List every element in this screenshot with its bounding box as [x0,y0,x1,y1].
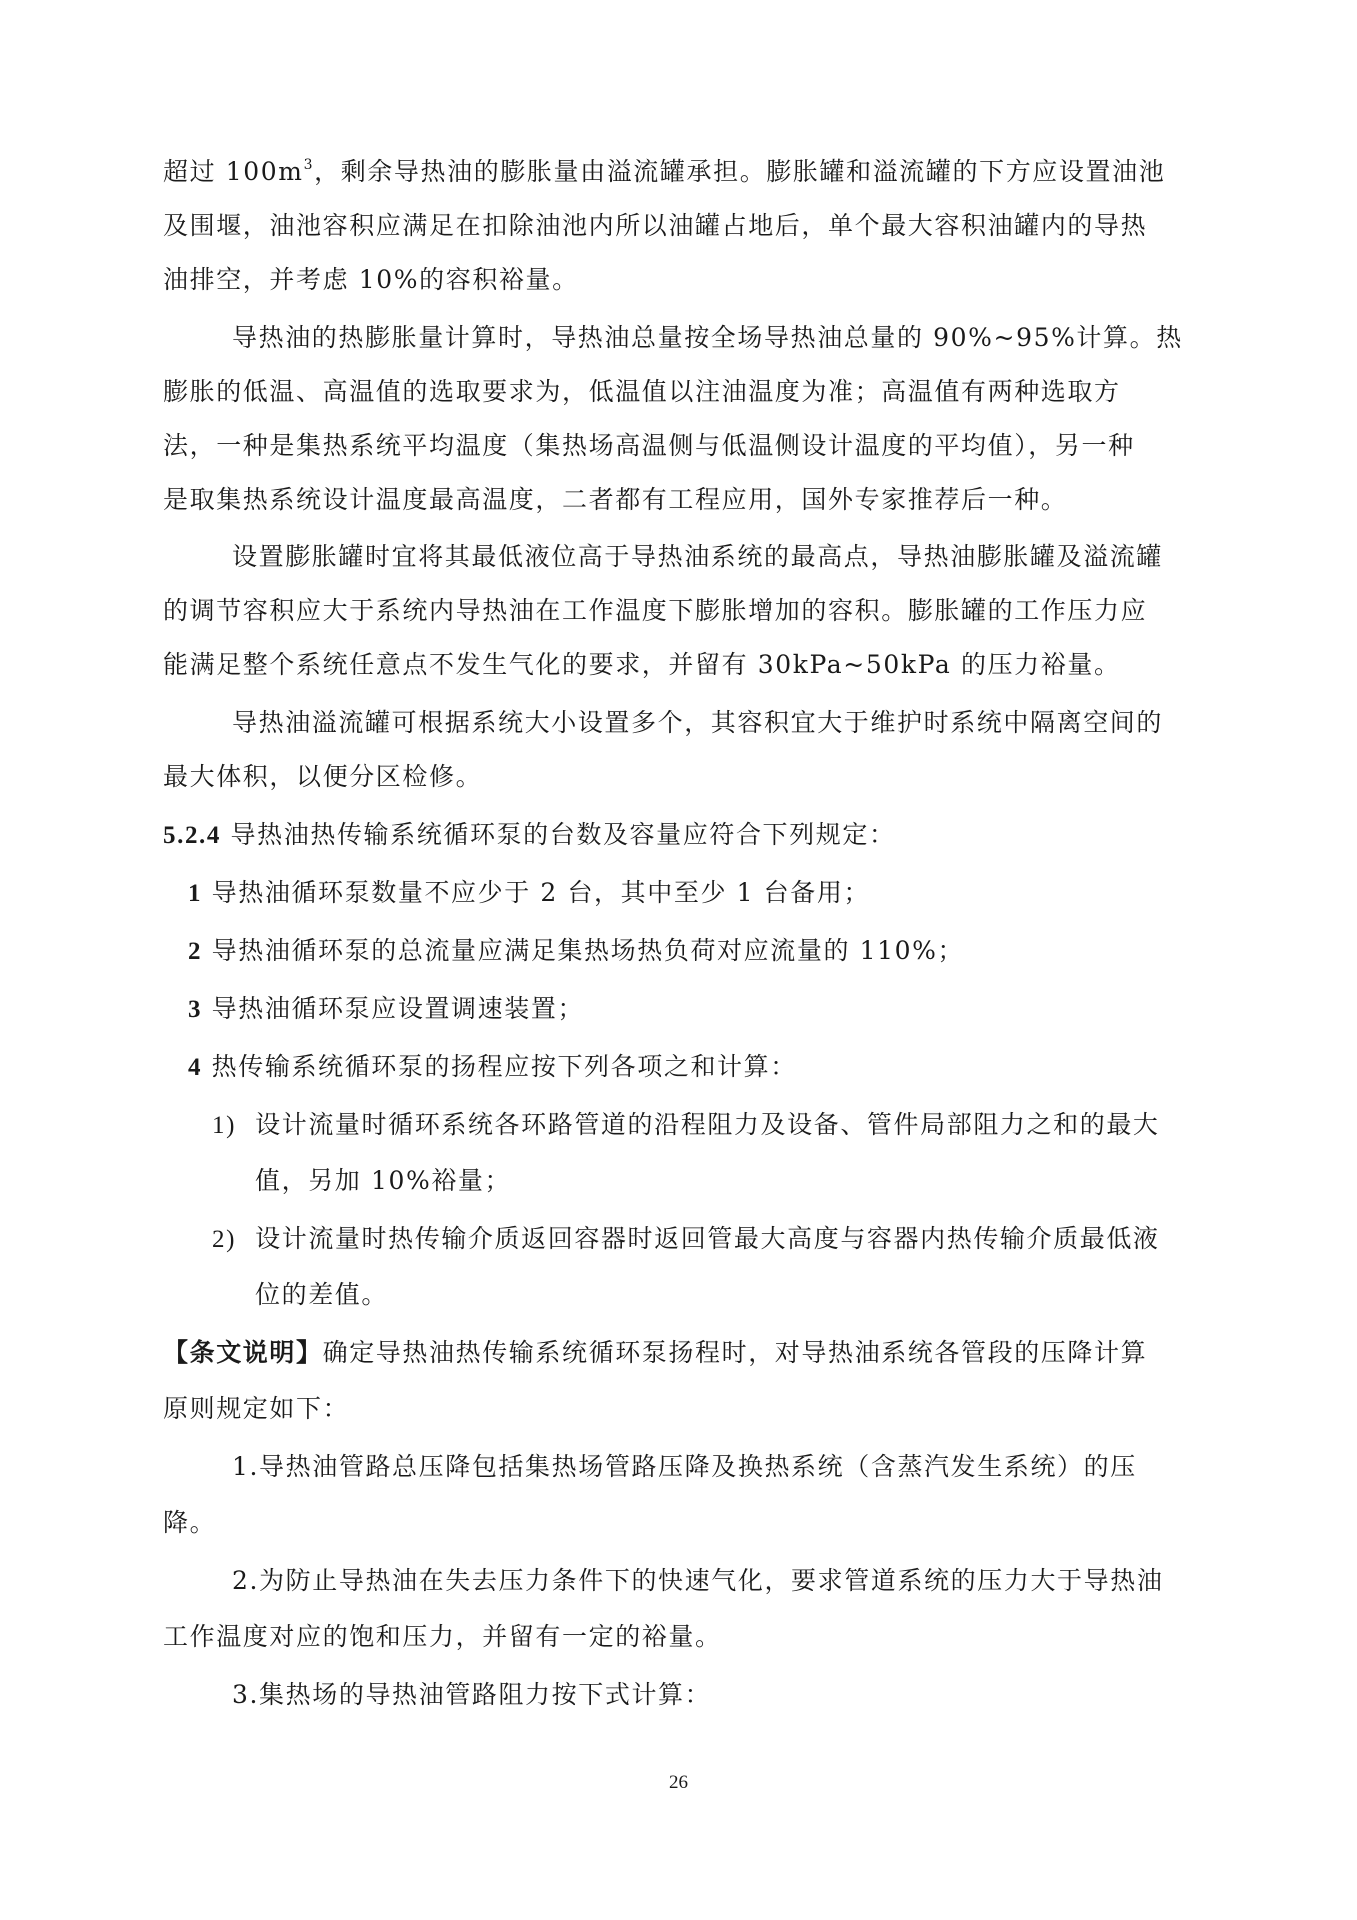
explanation-point-3-line-1: 3.集热场的导热油管路阻力按下式计算： [232,1679,1262,1711]
text-run: 超过 100m [163,157,304,186]
clause-number: 5.2.4 [163,822,221,849]
subitem-2-line-1: 2) 设计流量时热传输介质返回容器时返回管最大高度与容器内热传输介质最低液 [212,1223,1242,1256]
clause-item-4: 4 热传输系统循环泵的扬程应按下列各项之和计算： [188,1051,1218,1084]
paragraph-3-line-1: 设置膨胀罐时宜将其最低液位高于导热油系统的最高点，导热油膨胀罐及溢流罐 [232,541,1262,573]
subitem-2-line-2: 位的差值。 [255,1279,1285,1311]
paragraph-4-line-1: 导热油溢流罐可根据系统大小设置多个，其容积宜大于维护时系统中隔离空间的 [232,707,1262,739]
item-number: 1 [188,880,202,907]
paragraph-4-line-2: 最大体积，以便分区检修。 [163,761,1193,793]
subitem-text: 设计流量时热传输介质返回容器时返回管最大高度与容器内热传输介质最低液 [255,1224,1159,1253]
explanation-label: 【条文说明】 [163,1340,323,1367]
explanation-line-2: 原则规定如下： [163,1393,1193,1425]
subitem-text: 设计流量时循环系统各环路管道的沿程阻力及设备、管件局部阻力之和的最大 [255,1110,1159,1139]
item-text: 热传输系统循环泵的扬程应按下列各项之和计算： [212,1052,797,1081]
item-number: 4 [188,1054,202,1081]
subitem-number: 2) [212,1226,236,1253]
superscript: 3 [304,157,315,173]
subitem-1-line-2: 值，另加 10%裕量； [255,1165,1285,1197]
explanation-point-2-line-1: 2.为防止导热油在失去压力条件下的快速气化，要求管道系统的压力大于导热油 [232,1565,1262,1597]
paragraph-3-line-3: 能满足整个系统任意点不发生气化的要求，并留有 30kPa~50kPa 的压力裕量… [163,649,1193,681]
subitem-number: 1) [212,1112,236,1139]
paragraph-2-line-2: 膨胀的低温、高温值的选取要求为，低温值以注油温度为准；高温值有两种选取方 [163,376,1193,408]
clause-item-2: 2 导热油循环泵的总流量应满足集热场热负荷对应流量的 110%； [188,935,1218,968]
subitem-1-line-1: 1) 设计流量时循环系统各环路管道的沿程阻力及设备、管件局部阻力之和的最大 [212,1109,1242,1142]
explanation-line-1: 【条文说明】确定导热油热传输系统循环泵扬程时，对导热油系统各管段的压降计算 [163,1337,1193,1370]
text-run: ，剩余导热油的膨胀量由溢流罐承担。膨胀罐和溢流罐的下方应设置油池 [314,157,1165,186]
clause-item-1: 1 导热油循环泵数量不应少于 2 台，其中至少 1 台备用； [188,877,1218,910]
clause-item-3: 3 导热油循环泵应设置调速装置； [188,993,1218,1026]
item-text: 导热油循环泵数量不应少于 2 台，其中至少 1 台备用； [212,878,870,907]
item-number: 2 [188,938,202,965]
paragraph-1-line-1: 超过 100m3，剩余导热油的膨胀量由溢流罐承担。膨胀罐和溢流罐的下方应设置油池 [163,156,1193,188]
paragraph-1-line-2: 及围堰，油池容积应满足在扣除油池内所以油罐占地后，单个最大容积油罐内的导热 [163,210,1193,242]
clause-heading: 5.2.4 导热油热传输系统循环泵的台数及容量应符合下列规定： [163,819,1193,852]
paragraph-2-line-4: 是取集热系统设计温度最高温度，二者都有工程应用，国外专家推荐后一种。 [163,484,1193,516]
page-number: 26 [0,1772,1357,1794]
paragraph-2-line-3: 法，一种是集热系统平均温度（集热场高温侧与低温侧设计温度的平均值），另一种 [163,430,1193,462]
paragraph-2-line-1: 导热油的热膨胀量计算时，导热油总量按全场导热油总量的 90%~95%计算。热 [232,322,1262,354]
paragraph-1-line-3: 油排空，并考虑 10%的容积裕量。 [163,264,1193,296]
paragraph-3-line-2: 的调节容积应大于系统内导热油在工作温度下膨胀增加的容积。膨胀罐的工作压力应 [163,595,1193,627]
explanation-text: 确定导热油热传输系统循环泵扬程时，对导热油系统各管段的压降计算 [323,1338,1148,1367]
explanation-point-2-line-2: 工作温度对应的饱和压力，并留有一定的裕量。 [163,1621,1193,1653]
clause-title: 导热油热传输系统循环泵的台数及容量应符合下列规定： [231,820,896,849]
item-text: 导热油循环泵应设置调速装置； [212,994,584,1023]
explanation-point-1-line-1: 1.导热油管路总压降包括集热场管路压降及换热系统（含蒸汽发生系统）的压 [232,1451,1262,1483]
explanation-point-1-line-2: 降。 [163,1507,1193,1539]
item-text: 导热油循环泵的总流量应满足集热场热负荷对应流量的 110%； [212,936,964,965]
item-number: 3 [188,996,202,1023]
document-page: 超过 100m3，剩余导热油的膨胀量由溢流罐承担。膨胀罐和溢流罐的下方应设置油池… [0,0,1357,1920]
